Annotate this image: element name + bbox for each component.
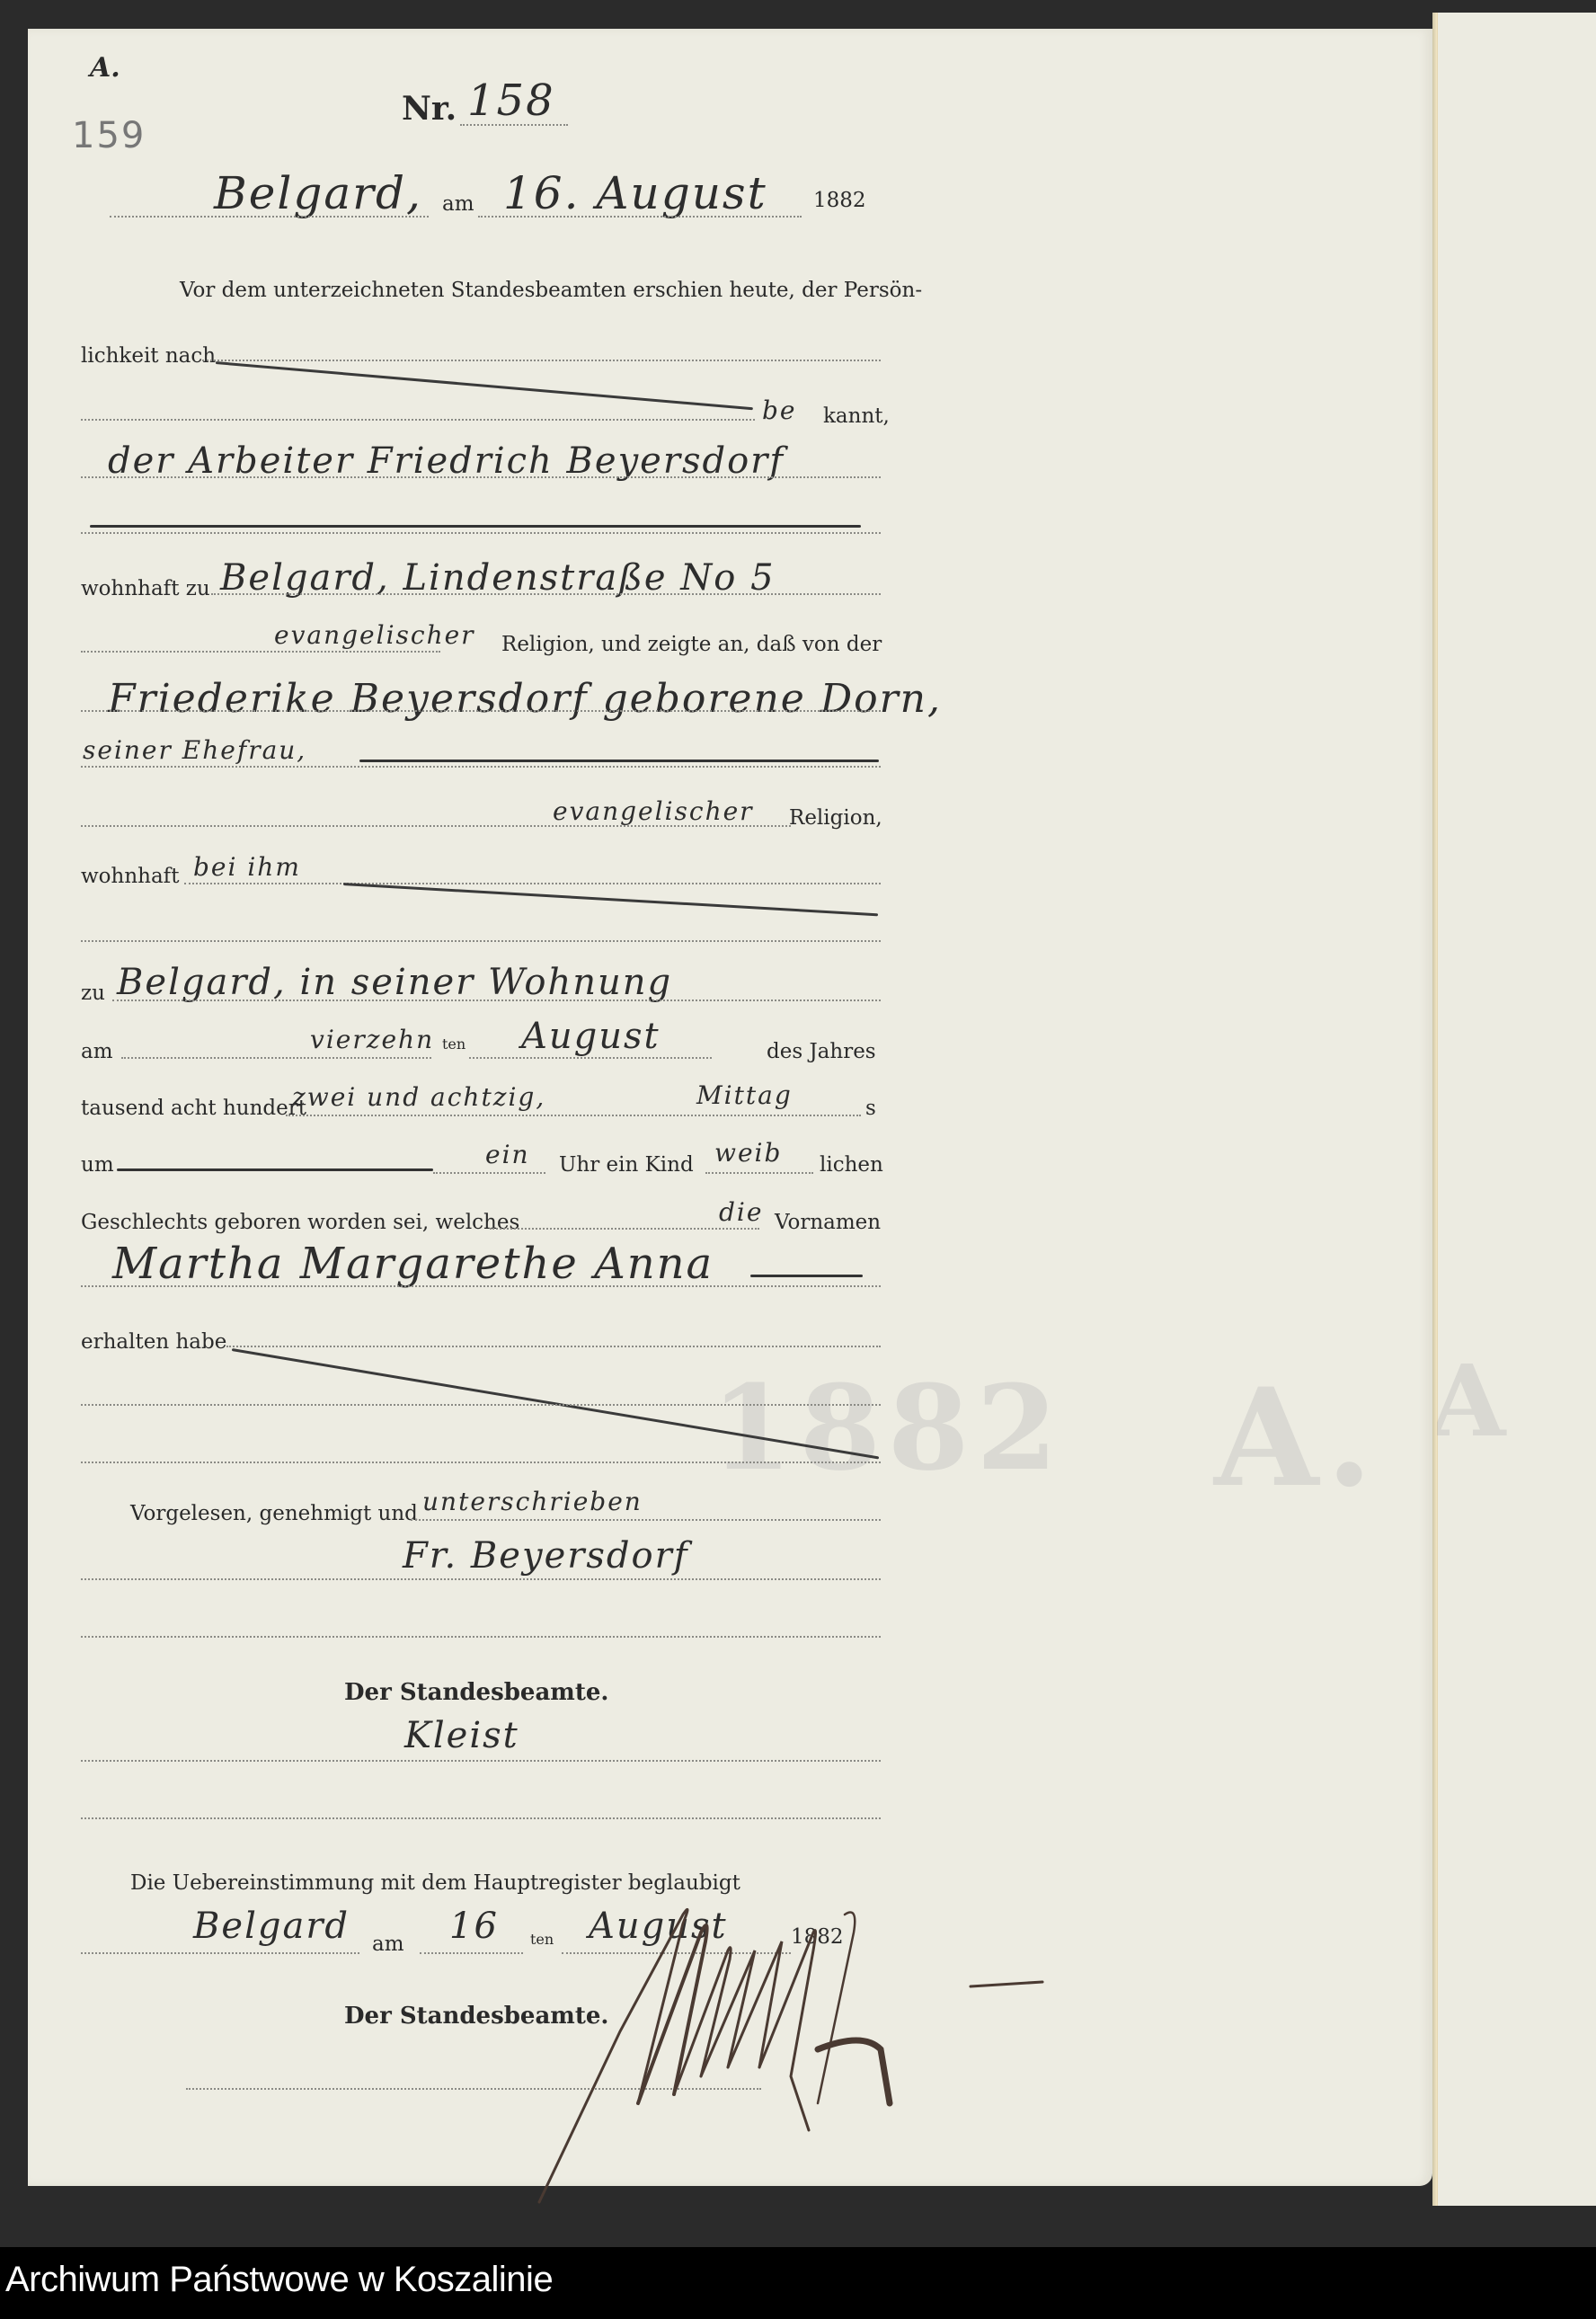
birth-month: August [521,1016,661,1057]
date-day-month: 16. August [503,167,767,219]
cert-day: 16 [449,1906,499,1947]
vornamen-label: Vornamen [775,1211,881,1234]
vorgelesen-label: Vorgelesen, genehmigt und [130,1502,418,1525]
birth-day-word: vierzehn [310,1025,434,1054]
filler-line [90,525,861,528]
birthplace-label: zu [81,982,105,1005]
filler-line [359,760,879,762]
hour-value: ein [485,1140,530,1169]
form-letter: A. [90,52,120,84]
page-fold [1432,13,1437,2206]
identity-suffix-hand: be [762,395,797,425]
print-through-ghost: A. [1214,1359,1380,1517]
cert-place: Belgard [193,1906,350,1947]
um-label: um [81,1153,114,1177]
geschlechts-line: Geschlechts geboren worden sei, welches [81,1211,519,1234]
tausend-label: tausend acht hundert [81,1097,306,1120]
nr-label: Nr. [402,90,457,128]
birth-am-label: am [81,1040,113,1063]
time-of-day: Mittag [696,1080,793,1110]
time-suffix: s [865,1097,876,1120]
religion-hand-1: evangelischer [274,620,475,650]
religion-line-1: Religion, und zeigte an, daß von der [501,633,882,656]
year-printed: 1882 [813,189,866,212]
die-value: die [719,1197,763,1227]
nr-value: 158 [467,76,555,126]
identity-suffix-print: kannt, [823,404,890,428]
cert-am-label: am [372,1932,404,1956]
child-names: Martha Margarethe Anna [112,1239,714,1289]
am-label: am [442,192,474,216]
filler-line [117,1168,433,1171]
archive-footer: Archiwum Państwowe w Koszalinie [0,2247,1596,2319]
erhalten-label: erhalten habe [81,1330,226,1354]
mother-relation: seiner Ehefrau, [83,735,306,765]
mother-name: Friederike Beyersdorf geborene Dorn, [108,676,942,722]
facing-page: A [1436,13,1596,2206]
archive-name: Archiwum Państwowe w Koszalinie [5,2260,553,2300]
mother-residence-value: bei ihm [193,852,301,882]
mother-residence-label: wohnhaft [81,865,179,888]
unterschrieben-value: unterschrieben [422,1487,643,1516]
ten-label: ten [442,1035,465,1053]
informant-signature: Fr. Beyersdorf [403,1535,689,1577]
lichen-label: lichen [820,1153,883,1177]
official-signature-1: Kleist [404,1715,519,1756]
intro-line: Vor dem unterzeichneten Standesbeamten e… [180,279,922,302]
identity-prefix: lichkeit nach [81,344,216,368]
certification-line: Die Uebereinstimmung mit dem Hauptregist… [130,1871,740,1895]
residence-label: wohnhaft zu [81,577,210,600]
religion-label-2: Religion, [789,806,882,830]
year-words: zwei und achtzig, [292,1082,545,1112]
place: Belgard, [214,167,422,219]
print-through-ghost: A [1429,1343,1512,1459]
des-jahres-label: des Jahres [767,1040,876,1063]
religion-hand-2: evangelischer [553,796,754,826]
sex-value: weib [714,1138,782,1168]
uhr-label: Uhr ein Kind [559,1153,694,1177]
filler-line [750,1275,863,1277]
pencil-page-number: 159 [72,115,146,156]
official-signature-flourish [503,1897,1087,2211]
official-title-1: Der Standesbeamte. [344,1679,608,1706]
birthplace-value: Belgard, in seiner Wohnung [117,962,672,1003]
print-through-ghost: 1882 [711,1359,1065,1497]
